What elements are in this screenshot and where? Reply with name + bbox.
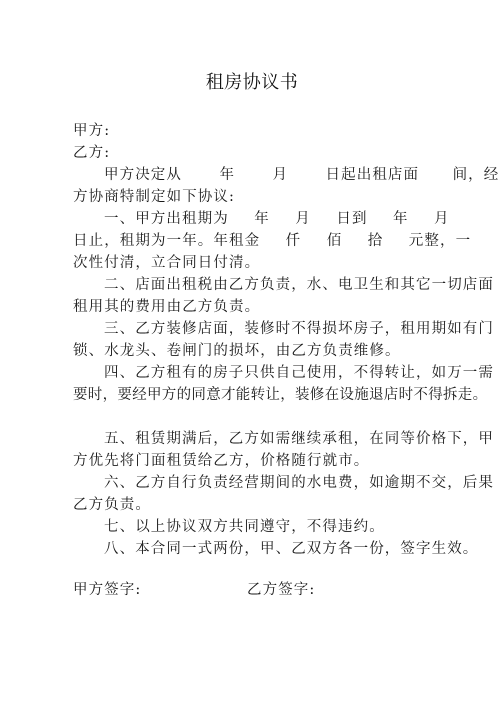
clause-text: 一、甲方出租期为	[104, 211, 229, 227]
clause-text: 年	[393, 211, 409, 227]
intro-line-1: 甲方决定从 年 月 日起出租店面 间，经双	[73, 164, 437, 186]
clause-5-line-2: 方优先将门面租赁给乙方，价格随行就市。	[73, 450, 437, 472]
intro-text: 间，经双	[453, 167, 500, 183]
clause-text: 仟	[286, 233, 302, 249]
clause-text: 元整，一	[409, 233, 471, 249]
intro-line-2: 方协商特制定如下协议:	[73, 186, 437, 208]
clause-text: 日到	[336, 211, 367, 227]
party-b-signature-label: 乙方签字:	[247, 579, 315, 601]
spacer	[73, 406, 437, 428]
party-b-label: 乙方:	[73, 142, 437, 164]
clause-8-line-1: 八、本合同一式两份，甲、乙双方各一份，签字生效。	[73, 538, 437, 560]
intro-text: 日起出租店面	[326, 167, 420, 183]
signature-row: 甲方签字: 乙方签字:	[73, 579, 437, 601]
month-blank-label: 月	[272, 167, 288, 183]
clause-text: 拾	[368, 233, 384, 249]
clause-6-line-2: 乙方负责。	[73, 494, 437, 516]
year-blank-label: 年	[219, 167, 235, 183]
clause-text: 佰	[327, 233, 343, 249]
clause-5-line-1: 五、租赁期满后，乙方如需继续承租，在同等价格下，甲	[73, 428, 437, 450]
clause-4-line-2: 要时，要经甲方的同意才能转让，装修在设施退店时不得拆走。	[73, 384, 437, 406]
clause-2-line-2: 租用其的费用由乙方负责。	[73, 296, 437, 318]
party-a-label: 甲方:	[73, 120, 437, 142]
clause-3-line-1: 三、乙方装修店面，装修时不得损坏房子，租用期如有门	[73, 318, 437, 340]
clause-1-line-1: 一、甲方出租期为 年 月 日到 年 月	[73, 208, 437, 230]
clause-1-line-2: 日止，租期为一年。年租金 仟 佰 拾 元整，一	[73, 230, 437, 252]
party-a-signature-label: 甲方签字:	[73, 579, 141, 601]
clause-1-line-3: 次性付清，立合同日付清。	[73, 252, 437, 274]
clause-text: 日止，租期为一年。年租金	[73, 233, 260, 249]
clause-text: 月	[295, 211, 311, 227]
clause-2-line-1: 二、店面出租税由乙方负责，水、电卫生和其它一切店面	[73, 274, 437, 296]
clause-text: 月	[434, 211, 450, 227]
clause-4-line-1: 四、乙方租有的房子只供自己使用，不得转让，如万一需	[73, 362, 437, 384]
clause-3-line-2: 锁、水龙头、卷闸门的损坏，由乙方负责维修。	[73, 340, 437, 362]
clause-7-line-1: 七、以上协议双方共同遵守，不得违约。	[73, 516, 437, 538]
clause-6-line-1: 六、乙方自行负责经营期间的水电费，如逾期不交，后果	[73, 472, 437, 494]
clause-text: 年	[254, 211, 270, 227]
document-title: 租房协议书	[0, 72, 500, 94]
document-body: 甲方: 乙方: 甲方决定从 年 月 日起出租店面 间，经双 方协商特制定如下协议…	[73, 120, 437, 560]
intro-text: 甲方决定从	[104, 167, 182, 183]
